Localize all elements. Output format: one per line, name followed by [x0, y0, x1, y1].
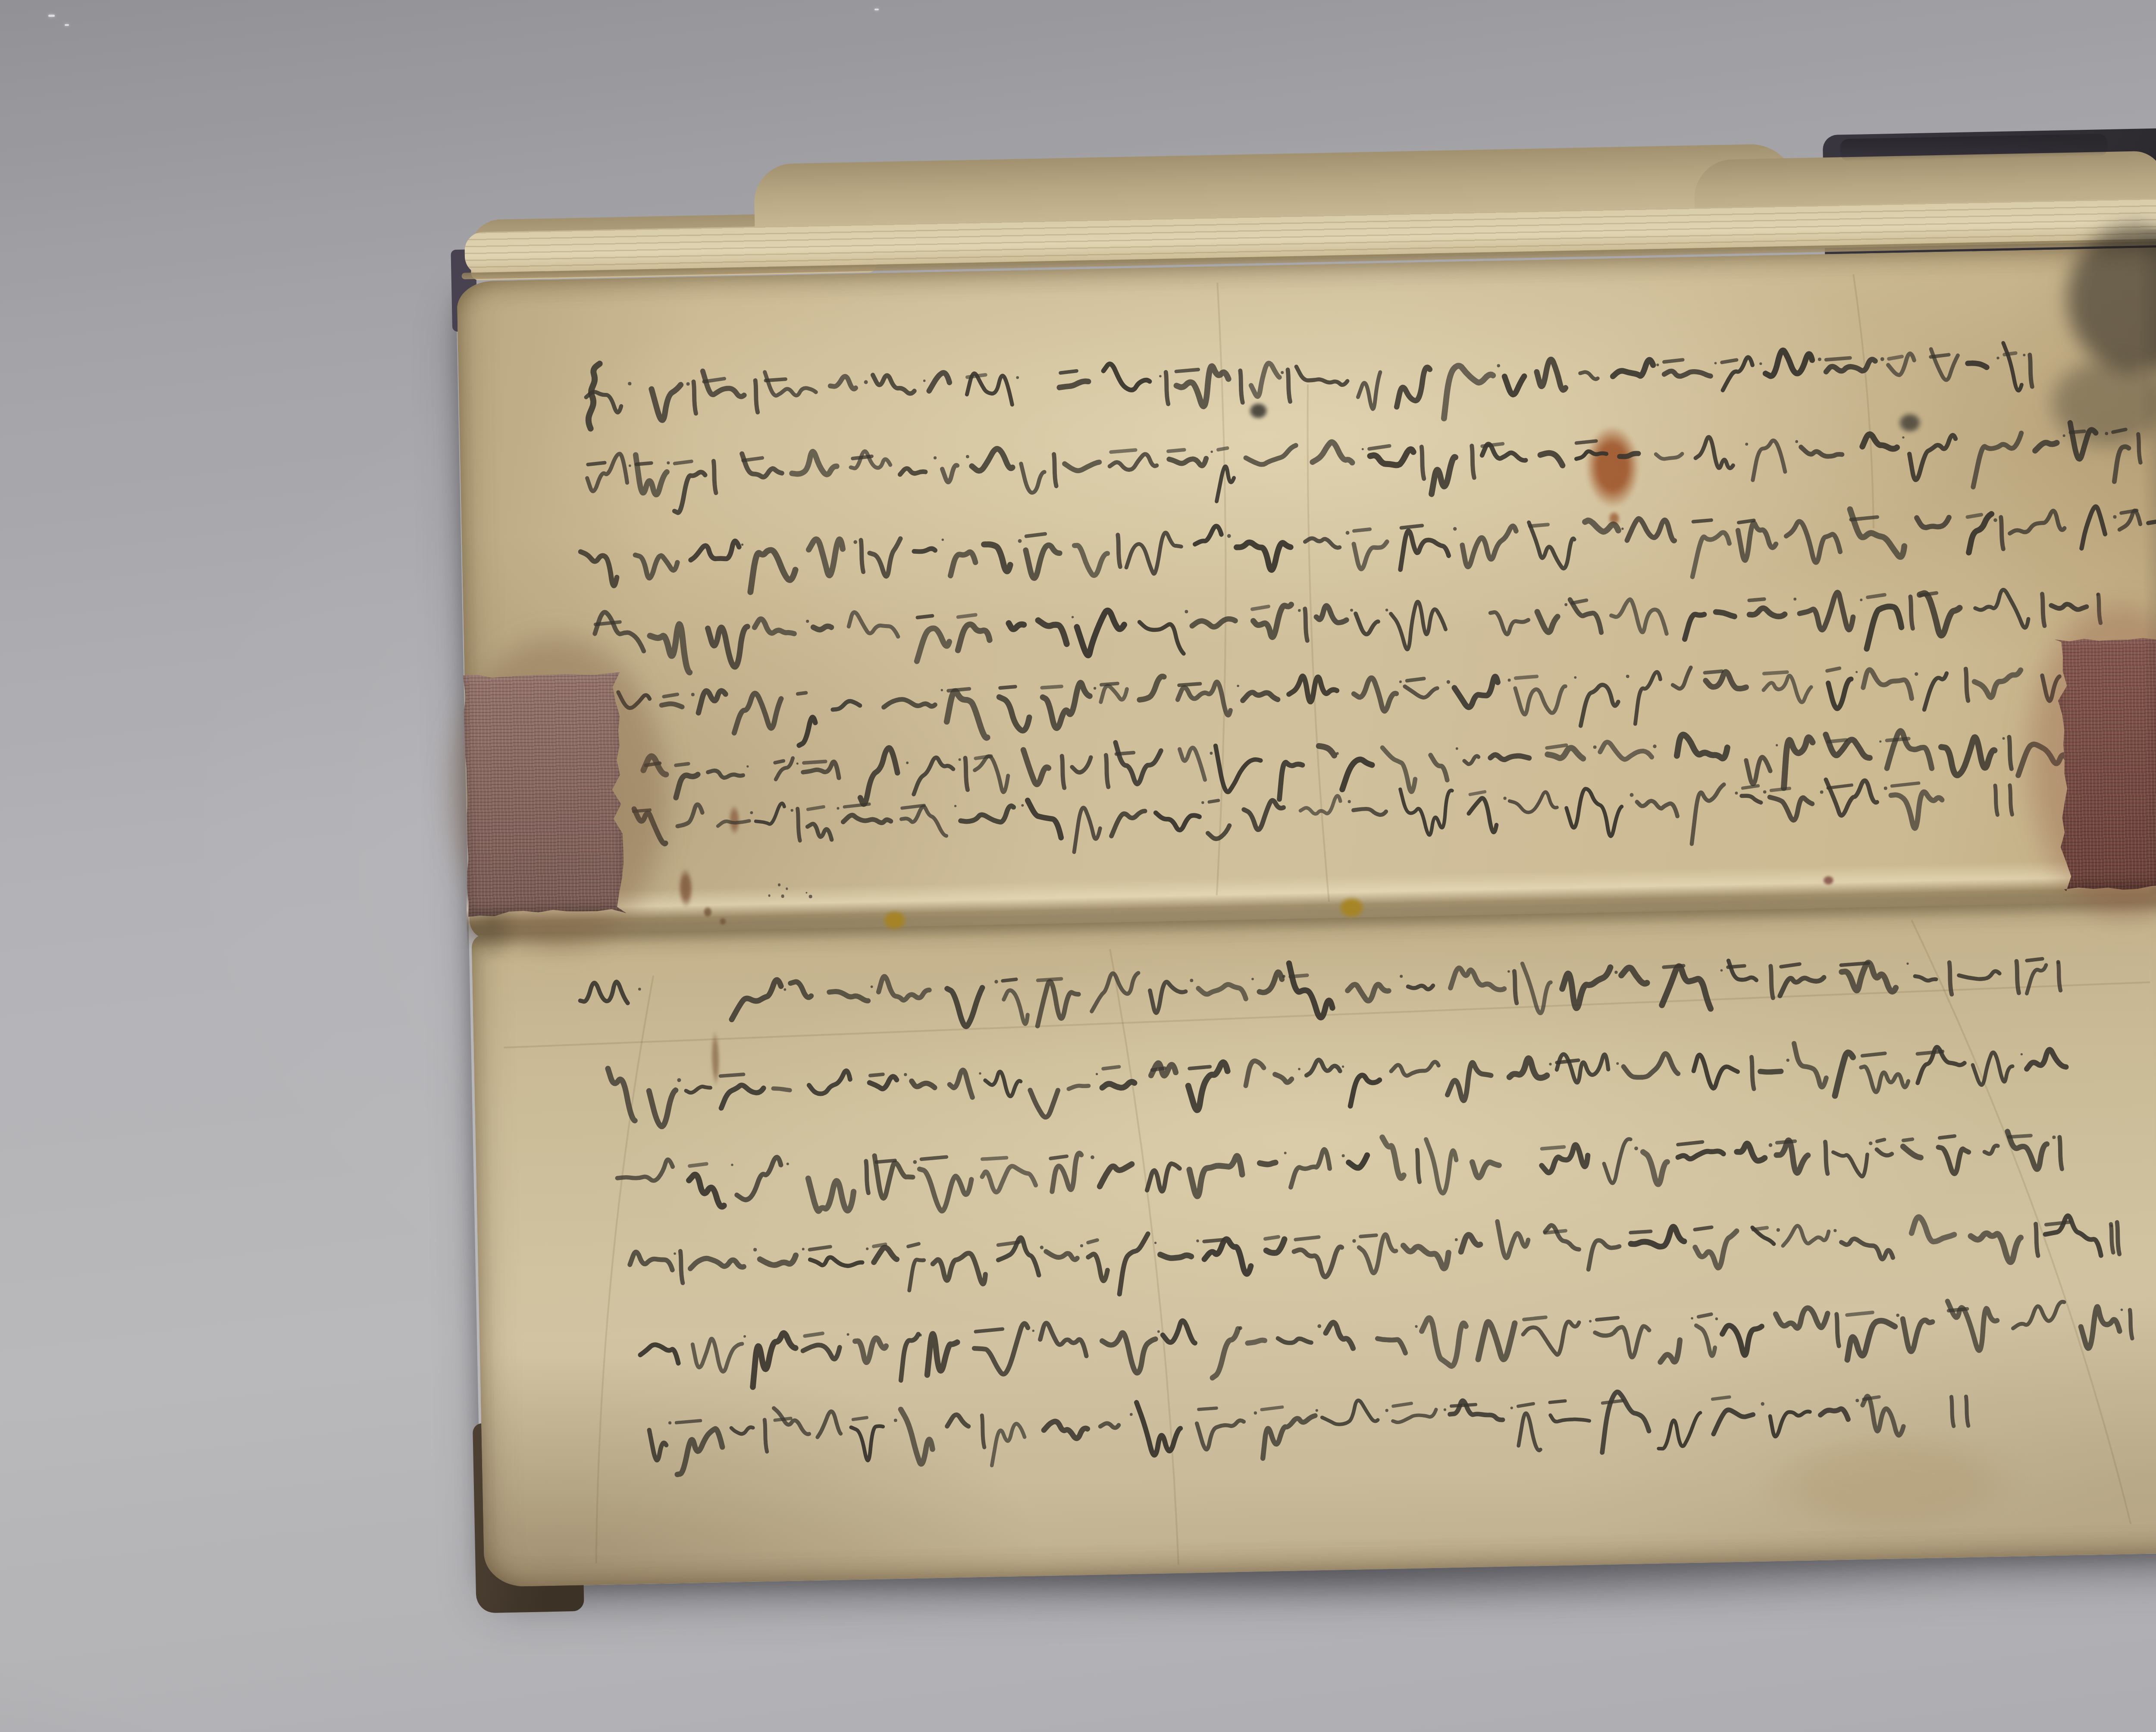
photo-backdrop [0, 0, 2156, 1732]
dust-speck [874, 9, 879, 10]
dust-speck [65, 24, 69, 26]
dust-speck [48, 15, 55, 17]
dust-layer [0, 0, 2156, 1732]
